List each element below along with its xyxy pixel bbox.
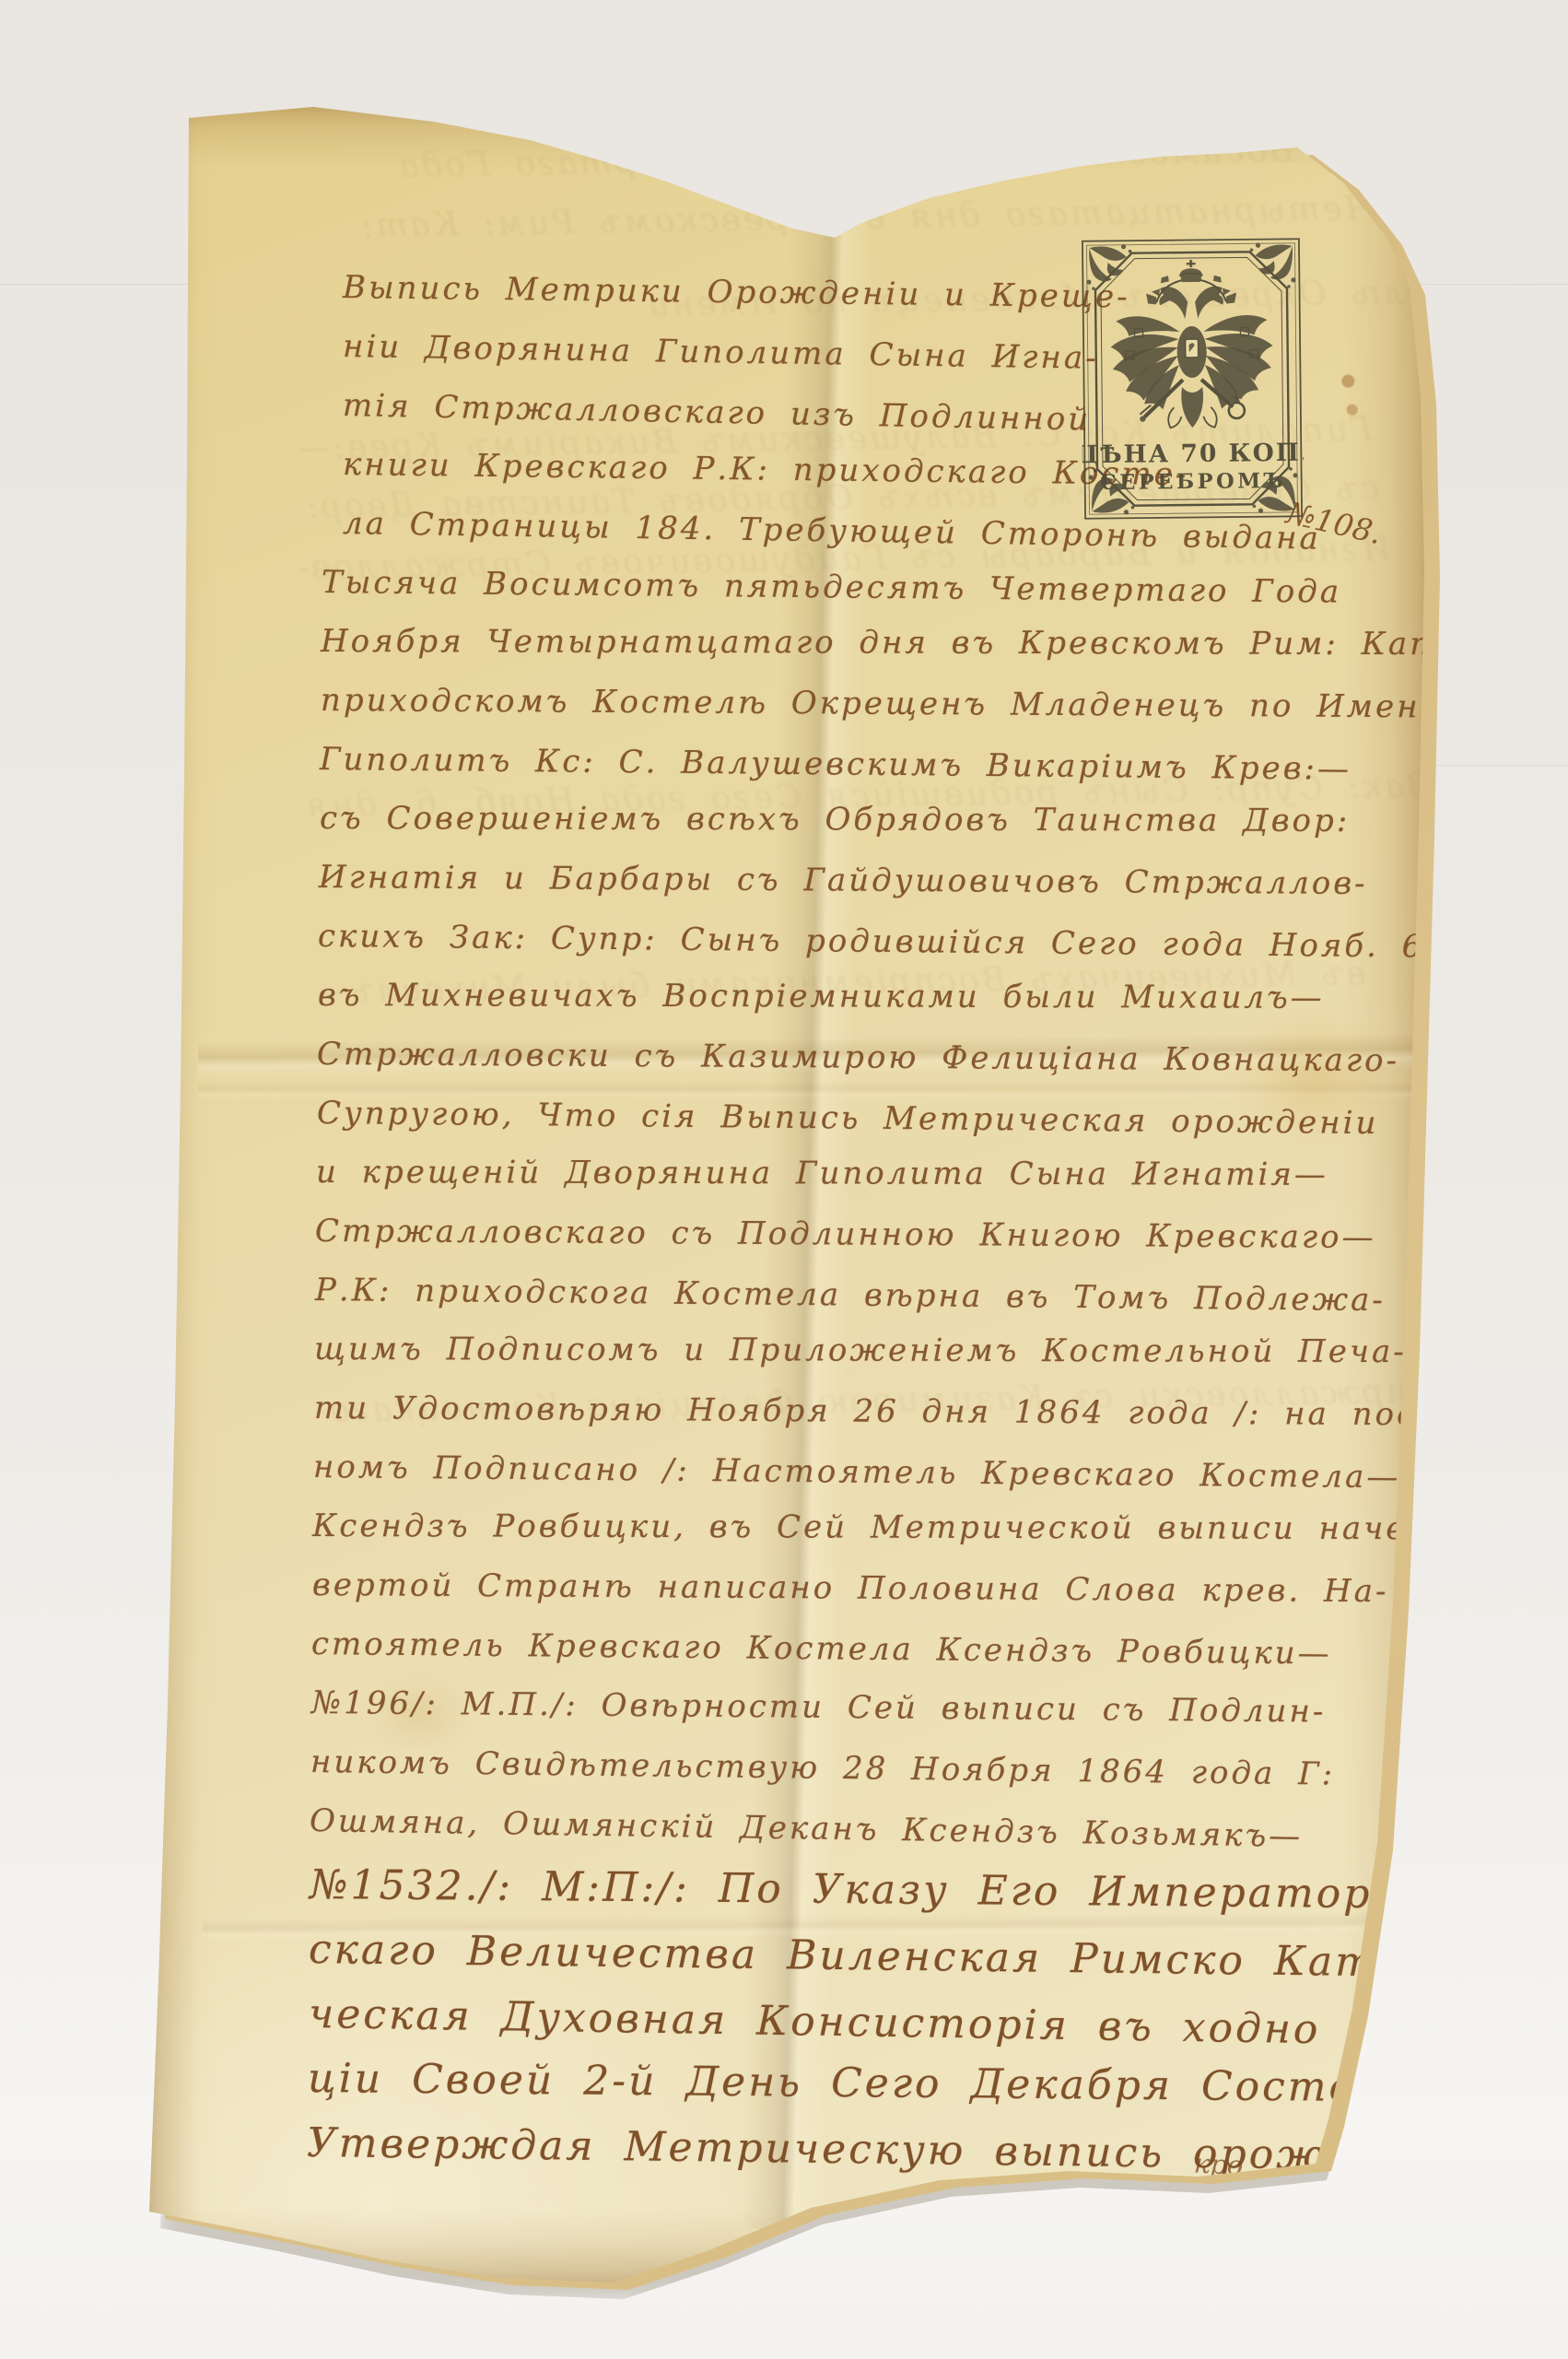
showthrough-text: Ноября Четырнатцатаго дня въ Кревскомъ Р… (359, 187, 1545, 245)
handwritten-line: Р.К: приходскога Костела вѣрна въ Томъ П… (315, 1272, 1386, 1319)
handwritten-line: въ Михневичахъ Воспріемниками были Михаи… (318, 977, 1325, 1016)
handwritten-line: ти Удостовѣряю Ноября 26 дня 1864 года /… (314, 1390, 1502, 1434)
handwritten-line: вертой Странѣ написано Половина Слова кр… (312, 1567, 1389, 1610)
handwritten-line: Стржалловскаго съ Подлинною Книгою Кревс… (315, 1213, 1376, 1256)
handwritten-line: Супругою, Что сія Выпись Метрическая оро… (317, 1095, 1379, 1142)
handwritten-line: ніи Дворянина Гиполита Сына Игна- (343, 328, 1099, 377)
page-surface: Тысяча Восимсотъ пятьдесятъ Четвертаго Г… (0, 0, 1568, 2359)
imperial-double-eagle-icon (1110, 259, 1274, 428)
handwritten-line: скихъ Зак: Супр: Сынъ родившійся Сего го… (318, 918, 1530, 967)
backdrop-seam-right (1419, 765, 1568, 766)
handwritten-line: Выпись Метрики Орожденіи и Креще- (343, 269, 1130, 315)
handwritten-line: щимъ Подписомъ и Приложеніемъ Костельной… (314, 1331, 1407, 1370)
handwritten-line: №1532./: М:П:/: По Указу Его Император- (310, 1861, 1389, 1918)
handwritten-line: скаго Величества Виленская Римско Католи… (309, 1926, 1478, 1987)
corner-ornament (1086, 244, 1132, 290)
handwritten-line: Ошмяна, Ошмянскій Деканъ Ксендзъ Козьмяк… (310, 1802, 1304, 1855)
handwritten-line: Игнатія и Барбары съ Гайдушовичовъ Стржа… (319, 859, 1368, 902)
handwritten-line: приходскомъ Костелѣ Окрещенъ Младенецъ п… (321, 682, 1444, 725)
handwritten-line: и крещеній Дворянина Гиполита Сына Игнат… (316, 1154, 1328, 1193)
handwritten-line: съ Совершеніемъ всѣхъ Обрядовъ Таинства … (320, 800, 1350, 839)
handwritten-line: Ноября Четырнатцатаго дня въ Кревскомъ Р… (321, 623, 1456, 663)
showthrough-text: Тысяча Восимсотъ пятьдесятъ Четвертаго Г… (396, 129, 1464, 185)
handwritten-line: Гиполитъ Кс: С. Валушевскимъ Викаріимъ К… (320, 741, 1352, 788)
photograph-of-document: Тысяча Восимсотъ пятьдесятъ Четвертаго Г… (0, 0, 1568, 2359)
handwritten-line: Ксендзъ Ровбицки, въ Сей Метрической вып… (312, 1508, 1453, 1547)
stamp-currency-text: СЕРЕБРОМЪ (1100, 469, 1287, 495)
handwritten-line: ціи Своей 2-й День Сего Декабря Состоявш… (308, 2055, 1568, 2113)
revenue-stamp: ЦѢНА 70 КОП. СЕРЕБРОМЪ (1080, 237, 1304, 521)
handwritten-line: №196/: М.П./: Овѣрности Сей выписи съ По… (311, 1684, 1327, 1731)
handwritten-line: Стржалловски съ Казимирою Фелиціана Ковн… (317, 1036, 1399, 1079)
handwritten-line: стоятель Кревскаго Костела Ксендзъ Ровби… (311, 1625, 1332, 1672)
stamp-price-text: ЦѢНА 70 КОП. (1080, 439, 1304, 470)
document-paper: Тысяча Восимсотъ пятьдесятъ Четвертаго Г… (147, 101, 1428, 2285)
handwritten-line: номъ Подписано /: Настоятель Кревскаго К… (313, 1449, 1401, 1496)
handwritten-line: никомъ Свидѣтельствую 28 Ноября 1864 год… (310, 1743, 1336, 1793)
